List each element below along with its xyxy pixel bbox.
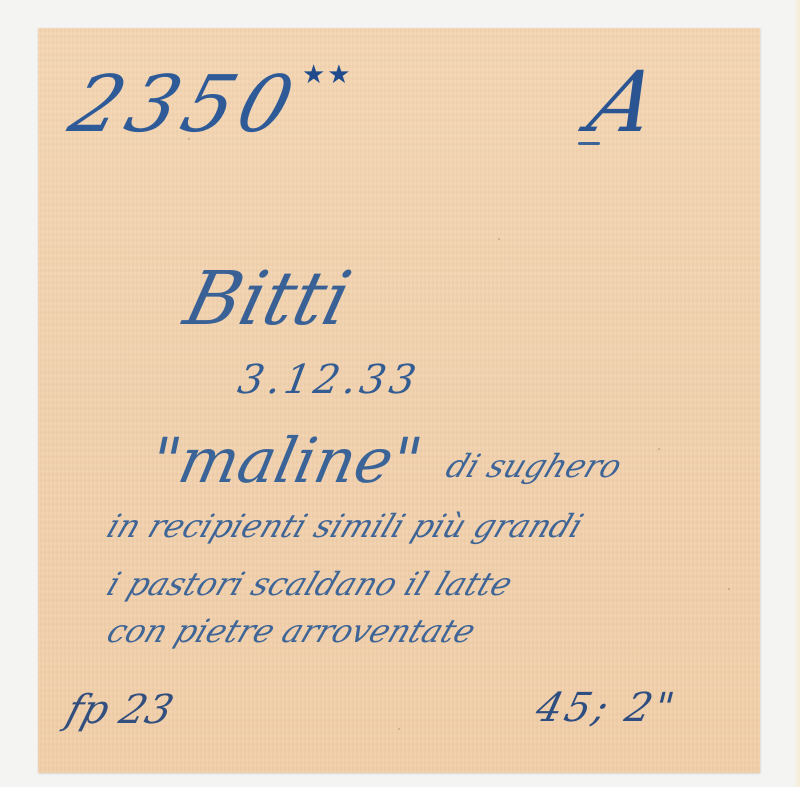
paper-speck bbox=[658, 448, 660, 450]
object-name: "maline" bbox=[145, 430, 427, 492]
place-name: Bitti bbox=[178, 262, 358, 336]
adjacent-card-edge bbox=[793, 0, 800, 787]
description-line: in recipienti simili più grandi bbox=[103, 510, 587, 542]
star-icon: ★★ bbox=[302, 62, 353, 88]
footer-measurement: 45; 2" bbox=[532, 688, 681, 728]
description-line: i pastori scaldano il latte bbox=[103, 568, 517, 600]
footer-reference: fp 23 bbox=[62, 690, 178, 730]
catalog-number: 2350 bbox=[62, 66, 307, 144]
paper-speck bbox=[728, 588, 730, 590]
paper-speck bbox=[398, 728, 400, 730]
description-line: con pietre arroventate bbox=[103, 615, 480, 647]
description-line: di sughero bbox=[442, 450, 626, 482]
date: 3.12.33 bbox=[235, 360, 423, 400]
paper-speck bbox=[498, 238, 500, 240]
